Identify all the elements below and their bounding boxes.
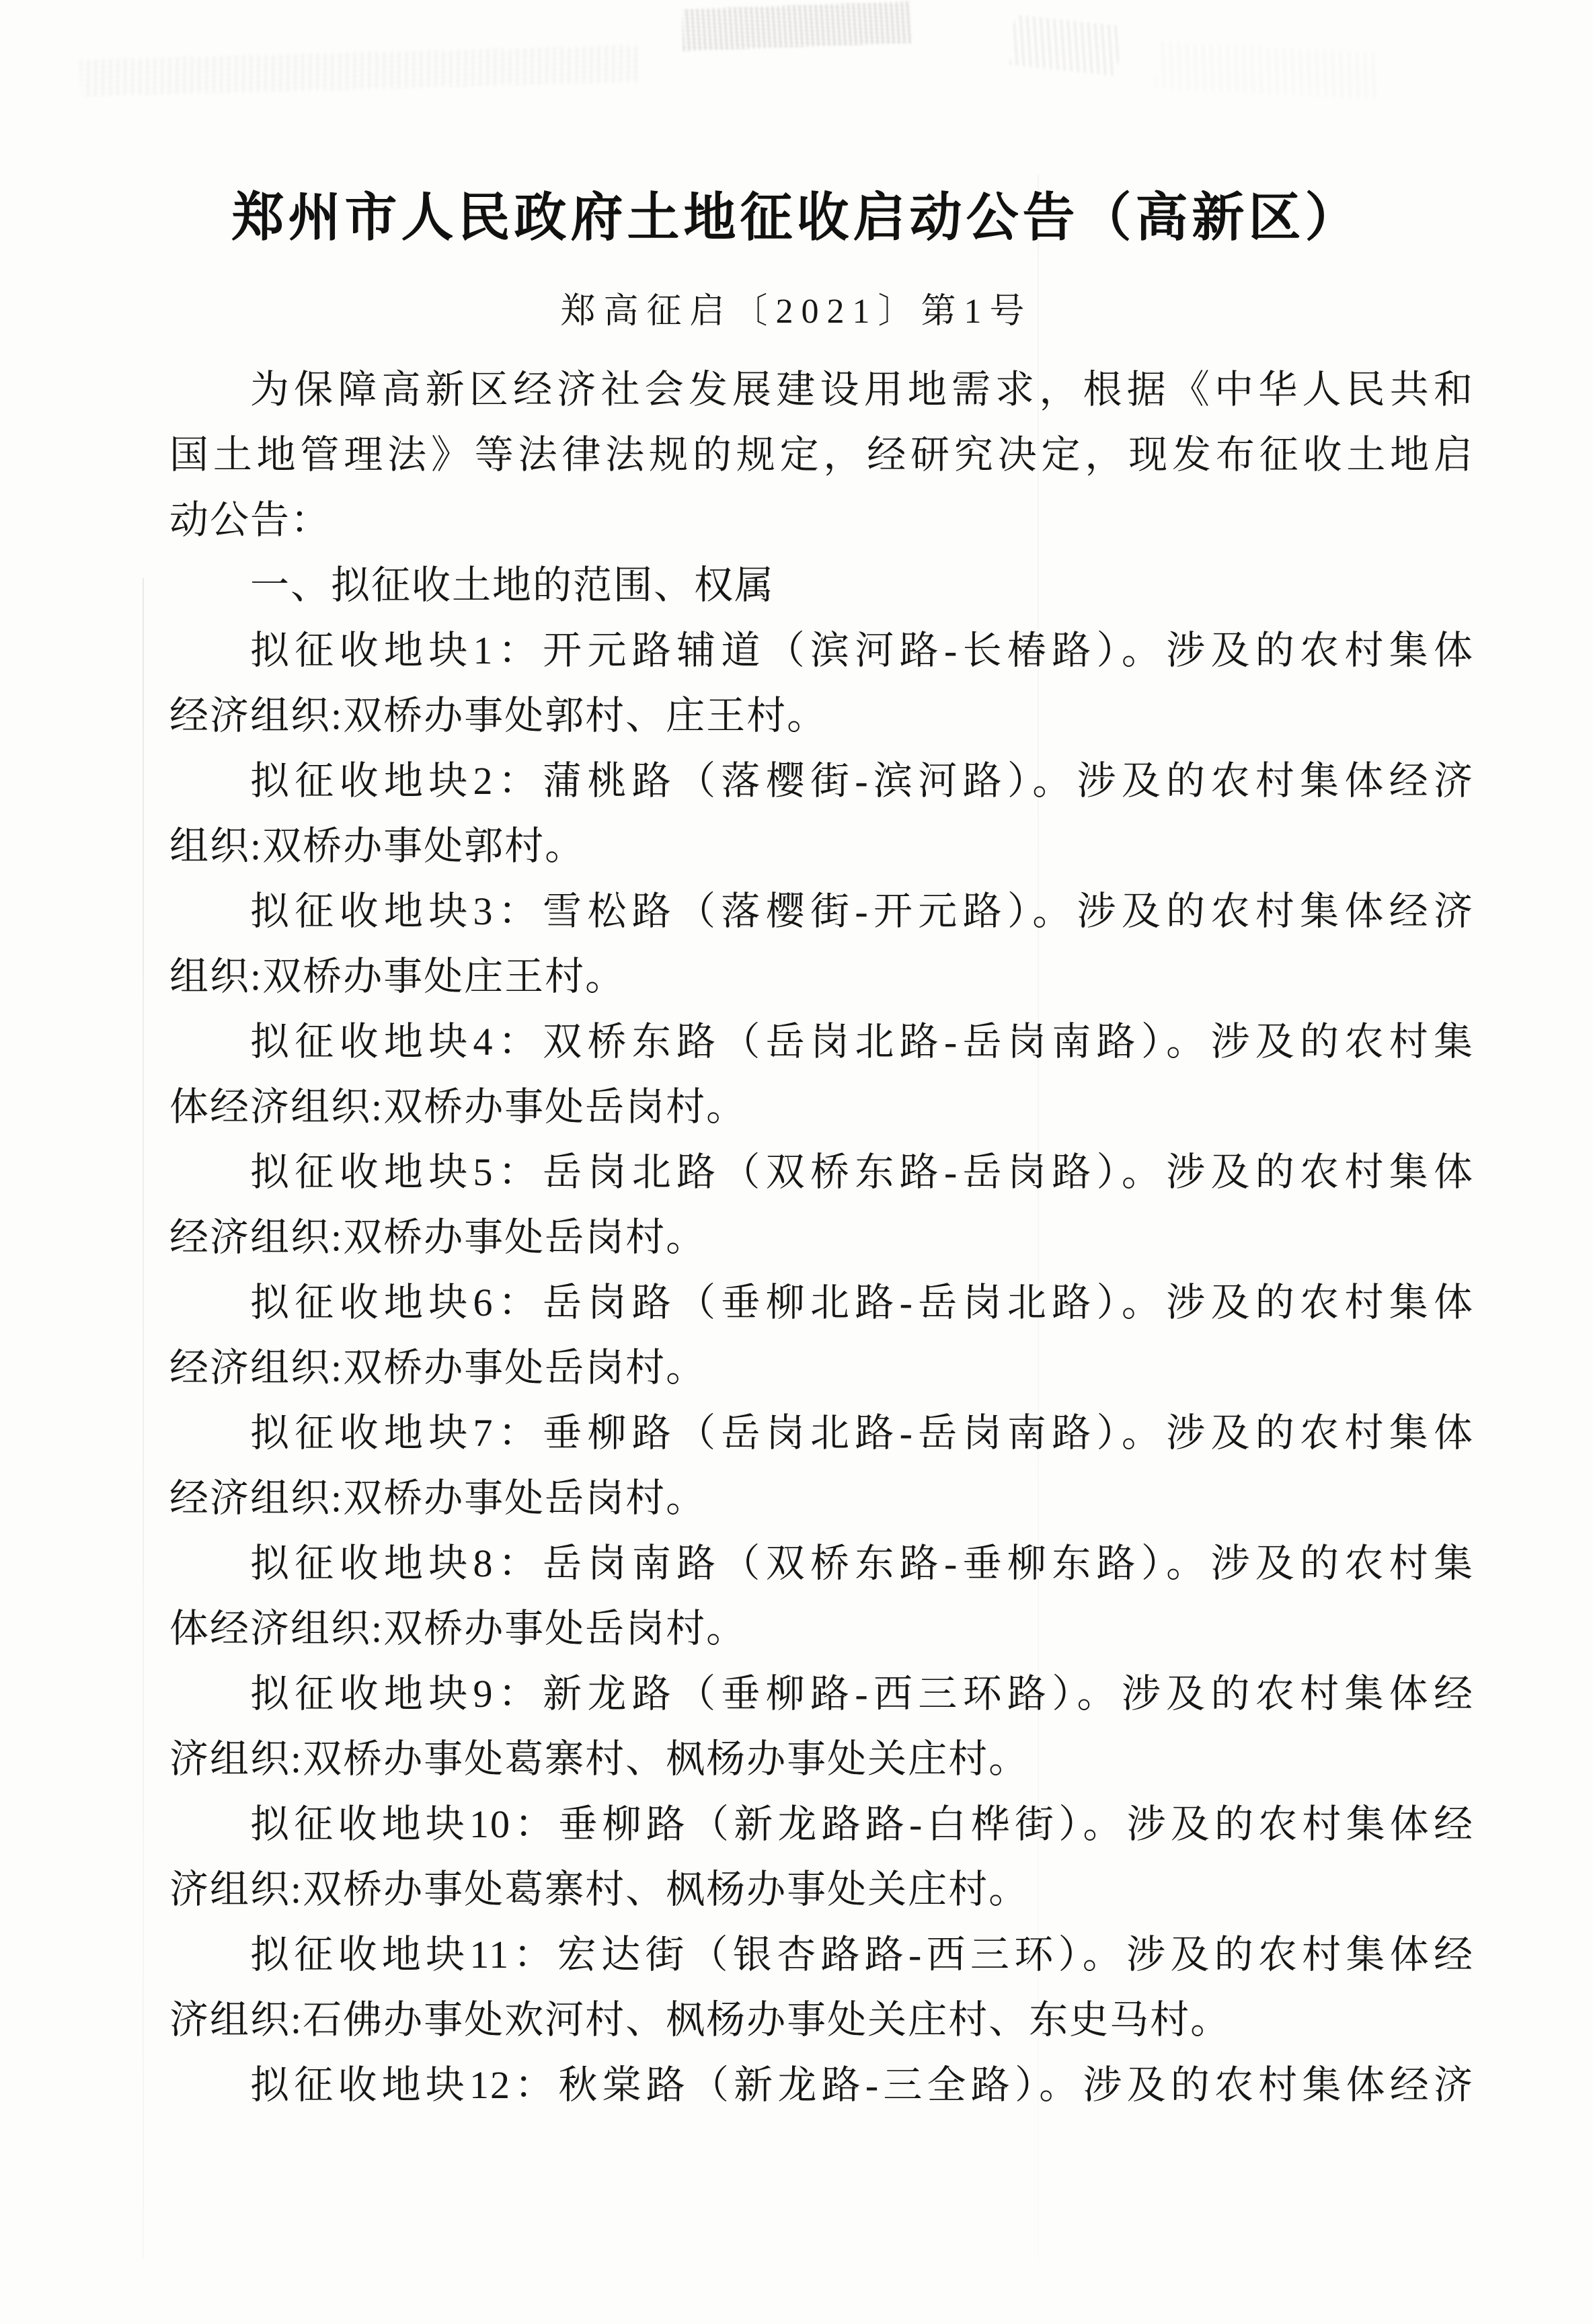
document-line: 拟征收地块12：秋棠路（新龙路-三全路）。涉及的农村集体经济 [169,2052,1474,2118]
scan-smudge [1010,15,1122,76]
document-line: 拟征收地块6：岳岗路（垂柳北路-岳岗北路）。涉及的农村集体 [169,1270,1474,1335]
document-line: 动公告： [169,487,1474,553]
block-3: 拟征收地块3：雪松路（落樱街-开元路）。涉及的农村集体经济组织:双桥办事处庄王村… [169,879,1474,1009]
document-line: 经济组织:双桥办事处岳岗村。 [169,1335,1474,1400]
block-7: 拟征收地块7：垂柳路（岳岗北路-岳岗南路）。涉及的农村集体经济组织:双桥办事处岳… [169,1400,1474,1531]
block-8: 拟征收地块8：岳岗南路（双桥东路-垂柳东路）。涉及的农村集体经济组织:双桥办事处… [169,1531,1474,1661]
section-heading: 一、拟征收土地的范围、权属 [169,553,1474,618]
block-4: 拟征收地块4：双桥东路（岳岗北路-岳岗南路）。涉及的农村集体经济组织:双桥办事处… [169,1009,1474,1139]
document-line: 拟征收地块5：岳岗北路（双桥东路-岳岗路）。涉及的农村集体 [169,1139,1474,1205]
document-line: 济组织:双桥办事处葛寨村、枫杨办事处关庄村。 [169,1857,1474,1922]
document-line: 体经济组织:双桥办事处岳岗村。 [169,1074,1474,1139]
block-9: 拟征收地块9：新龙路（垂柳路-西三环路）。涉及的农村集体经济组织:双桥办事处葛寨… [169,1661,1474,1792]
scan-fold-line [143,578,144,2259]
document-line: 体经济组织:双桥办事处岳岗村。 [169,1596,1474,1661]
document-line: 济组织:双桥办事处葛寨村、枫杨办事处关庄村。 [169,1726,1474,1792]
block-6: 拟征收地块6：岳岗路（垂柳北路-岳岗北路）。涉及的农村集体经济组织:双桥办事处岳… [169,1270,1474,1400]
document-line: 经济组织:双桥办事处岳岗村。 [169,1466,1474,1531]
document-line: 拟征收地块7：垂柳路（岳岗北路-岳岗南路）。涉及的农村集体 [169,1400,1474,1466]
block-10: 拟征收地块10：垂柳路（新龙路路-白桦街）。涉及的农村集体经济组织:双桥办事处葛… [169,1792,1474,1922]
document-line: 拟征收地块11：宏达街（银杏路路-西三环）。涉及的农村集体经 [169,1922,1474,1987]
block-12: 拟征收地块12：秋棠路（新龙路-三全路）。涉及的农村集体经济 [169,2052,1474,2118]
scan-smudge [682,1,912,51]
document-line: 一、拟征收土地的范围、权属 [169,553,1474,618]
scan-smudge [80,45,639,97]
scan-smudge [1155,41,1379,99]
intro-paragraph: 为保障高新区经济社会发展建设用地需求，根据《中华人民共和国土地管理法》等法律法规… [169,357,1474,553]
block-11: 拟征收地块11：宏达街（银杏路路-西三环）。涉及的农村集体经济组织:石佛办事处欢… [169,1922,1474,2052]
block-2: 拟征收地块2：蒲桃路（落樱街-滨河路）。涉及的农村集体经济组织:双桥办事处郭村。 [169,748,1474,879]
document-line: 经济组织:双桥办事处岳岗村。 [169,1205,1474,1270]
document-line: 拟征收地块9：新龙路（垂柳路-西三环路）。涉及的农村集体经 [169,1661,1474,1726]
document-line: 组织:双桥办事处郭村。 [169,813,1474,879]
block-1: 拟征收地块1：开元路辅道（滨河路-长椿路）。涉及的农村集体经济组织:双桥办事处郭… [169,618,1474,748]
document-line: 经济组织:双桥办事处郭村、庄王村。 [169,683,1474,748]
document-line: 拟征收地块8：岳岗南路（双桥东路-垂柳东路）。涉及的农村集 [169,1531,1474,1596]
document-line: 拟征收地块1：开元路辅道（滨河路-长椿路）。涉及的农村集体 [169,618,1474,683]
block-5: 拟征收地块5：岳岗北路（双桥东路-岳岗路）。涉及的农村集体经济组织:双桥办事处岳… [169,1139,1474,1270]
document-line: 拟征收地块3：雪松路（落樱街-开元路）。涉及的农村集体经济 [169,879,1474,944]
document-line: 拟征收地块10：垂柳路（新龙路路-白桦街）。涉及的农村集体经 [169,1792,1474,1857]
page-title: 郑州市人民政府土地征收启动公告（高新区） [0,191,1593,243]
document-line: 国土地管理法》等法律法规的规定，经研究决定，现发布征收土地启 [169,422,1474,487]
doc-number: 郑高征启〔2021〕第1号 [0,294,1593,329]
document-line: 济组织:石佛办事处欢河村、枫杨办事处关庄村、东史马村。 [169,1987,1474,2052]
document-line: 组织:双桥办事处庄王村。 [169,944,1474,1009]
document-page: 郑州市人民政府土地征收启动公告（高新区） 郑高征启〔2021〕第1号 为保障高新… [0,0,1593,2324]
document-line: 拟征收地块2：蒲桃路（落樱街-滨河路）。涉及的农村集体经济 [169,748,1474,813]
document-body: 为保障高新区经济社会发展建设用地需求，根据《中华人民共和国土地管理法》等法律法规… [169,357,1474,2118]
document-line: 拟征收地块4：双桥东路（岳岗北路-岳岗南路）。涉及的农村集 [169,1009,1474,1074]
document-line: 为保障高新区经济社会发展建设用地需求，根据《中华人民共和 [169,357,1474,422]
